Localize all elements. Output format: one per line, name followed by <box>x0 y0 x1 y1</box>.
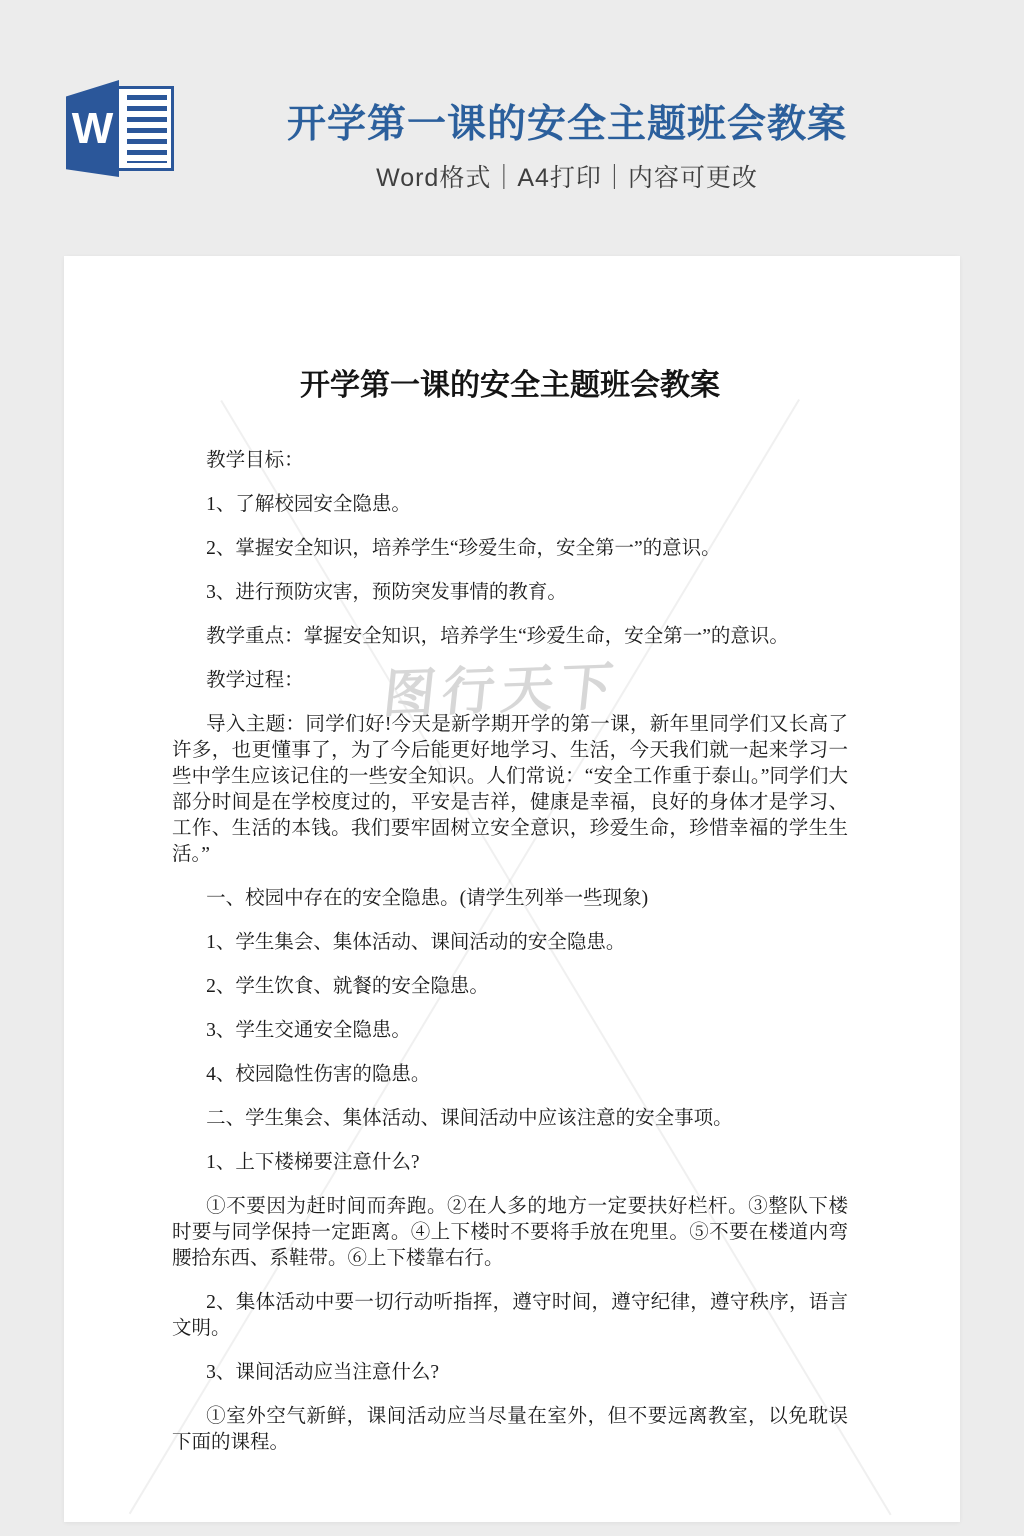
doc-paragraph: 2、学生饮食、就餐的安全隐患。 <box>172 974 848 1000</box>
doc-paragraph: 3、课间活动应当注意什么? <box>172 1360 848 1386</box>
doc-paragraph: 教学重点：掌握安全知识，培养学生“珍爱生命，安全第一”的意识。 <box>172 624 848 650</box>
doc-paragraph: 2、集体活动中要一切行动听指挥，遵守时间，遵守纪律，遵守秩序，语言文明。 <box>172 1290 848 1342</box>
doc-paragraph: 一、校园中存在的安全隐患。(请学生列举一些现象) <box>172 886 848 912</box>
doc-paragraph: ①不要因为赶时间而奔跑。②在人多的地方一定要扶好栏杆。③整队下楼时要与同学保持一… <box>172 1194 848 1272</box>
document-content: 开学第一课的安全主题班会教案 教学目标： 1、了解校园安全隐患。 2、掌握安全知… <box>64 256 960 1456</box>
doc-paragraph: 教学目标： <box>172 448 848 474</box>
doc-paragraph: 二、学生集会、集体活动、课间活动中应该注意的安全事项。 <box>172 1106 848 1132</box>
doc-paragraph: 1、上下楼梯要注意什么? <box>172 1150 848 1176</box>
document-title: 开学第一课的安全主题班会教案 <box>172 360 848 404</box>
doc-paragraph: 教学过程： <box>172 668 848 694</box>
page-title: 开学第一课的安全主题班会教案 <box>110 93 1024 149</box>
word-icon-letter: W <box>72 107 114 151</box>
doc-paragraph: 1、学生集会、集体活动、课间活动的安全隐患。 <box>172 930 848 956</box>
document-preview-page: 图行天下 开学第一课的安全主题班会教案 教学目标： 1、了解校园安全隐患。 2、… <box>64 256 960 1522</box>
doc-paragraph: 3、进行预防灾害，预防突发事情的教育。 <box>172 580 848 606</box>
doc-paragraph: 2、掌握安全知识，培养学生“珍爱生命，安全第一”的意识。 <box>172 536 848 562</box>
doc-paragraph: 4、校园隐性伤害的隐患。 <box>172 1062 848 1088</box>
doc-paragraph: 导入主题：同学们好!今天是新学期开学的第一课，新年里同学们又长高了许多，也更懂事… <box>172 712 848 868</box>
doc-paragraph: 3、学生交通安全隐患。 <box>172 1018 848 1044</box>
doc-paragraph: 1、了解校园安全隐患。 <box>172 492 848 518</box>
doc-paragraph: ①室外空气新鲜，课间活动应当尽量在室外，但不要远离教室，以免耽误下面的课程。 <box>172 1404 848 1456</box>
page-subtitle: Word格式｜A4打印｜内容可更改 <box>110 158 1024 194</box>
